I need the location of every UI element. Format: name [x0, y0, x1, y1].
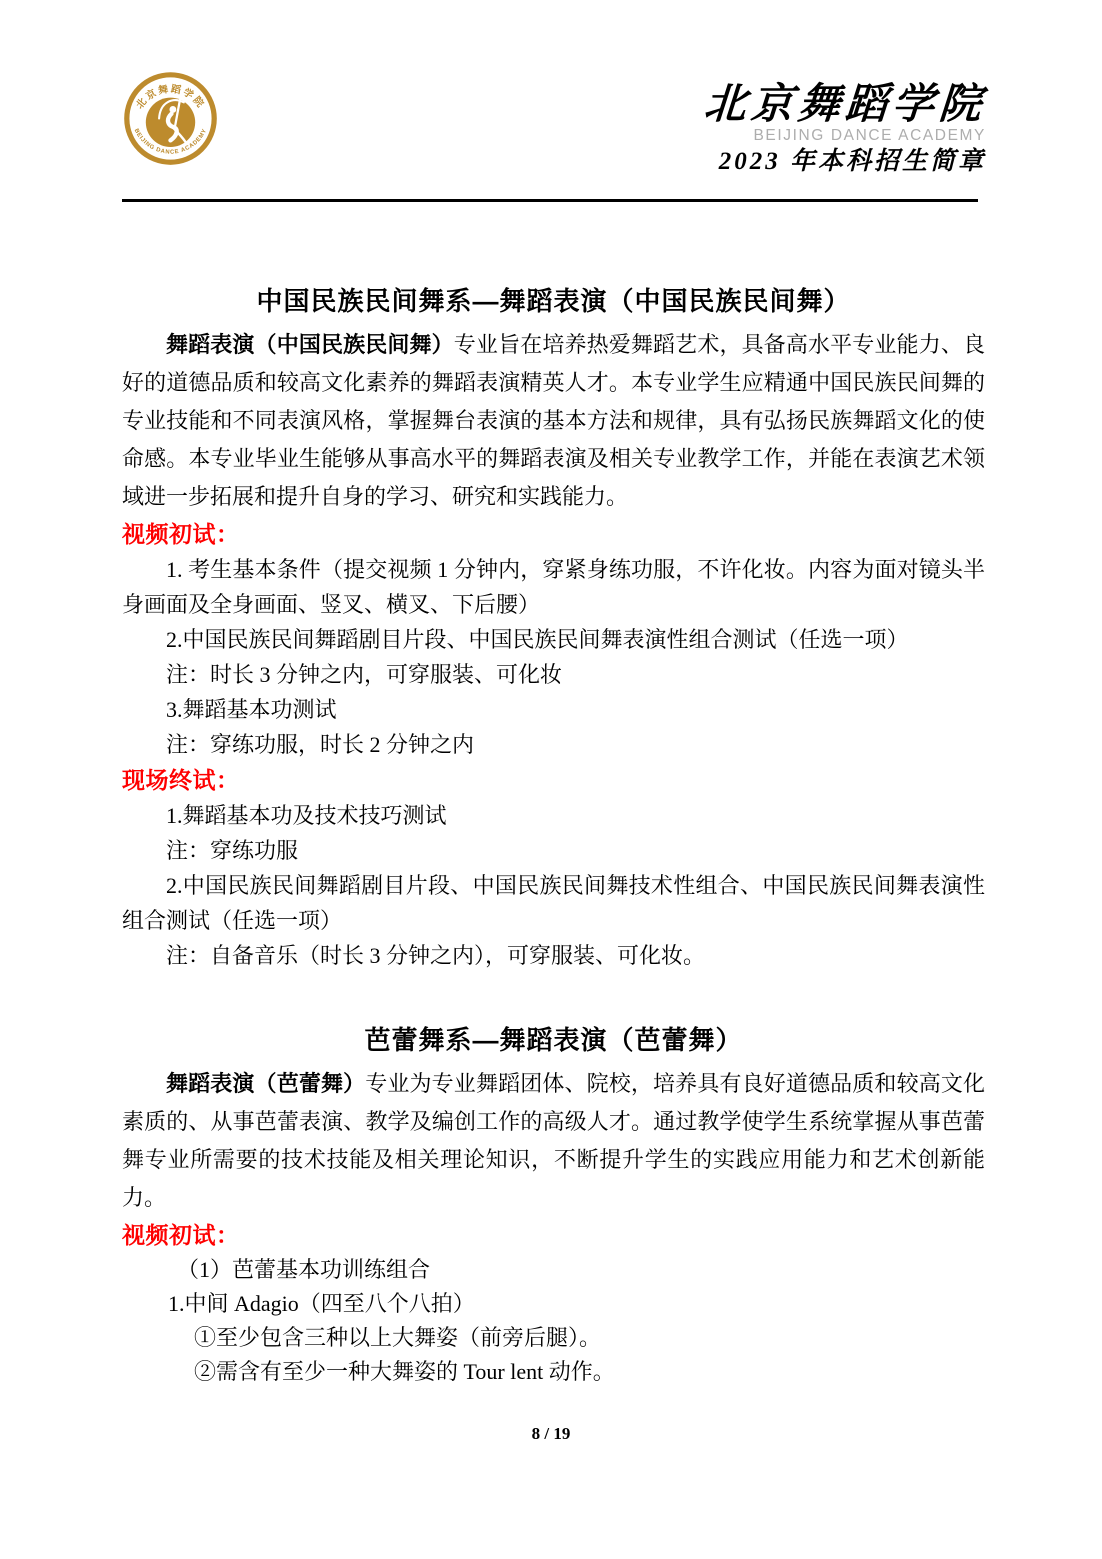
exam-item: 1.舞蹈基本功及技术技巧测试 — [122, 798, 985, 833]
document-content: 中国民族民间舞系—舞蹈表演（中国民族民间舞） 舞蹈表演（中国民族民间舞）专业旨在… — [122, 282, 985, 1389]
section1-intro: 舞蹈表演（中国民族民间舞）专业旨在培养热爱舞蹈艺术，具备高水平专业能力、良好的道… — [122, 326, 985, 516]
list-line: ①至少包含三种以上大舞姿（前旁后腿）。 — [122, 1321, 985, 1355]
video-first-test-heading-2: 视频初试： — [122, 1217, 985, 1253]
brand-subtitle: 2023 年本科招生简章 — [704, 149, 986, 174]
academy-seal-icon: 北京舞蹈学院 BEIJING DANCE ACADEMY — [123, 71, 218, 166]
page-number: 8 / 19 — [532, 1424, 571, 1443]
live-final-test-heading: 现场终试： — [122, 762, 985, 798]
brand-english-name: BEIJING DANCE ACADEMY — [704, 128, 986, 144]
exam-item: 1. 考生基本条件（提交视频 1 分钟内，穿紧身练功服，不许化妆。内容为面对镜头… — [122, 552, 985, 622]
exam-note: 注：时长 3 分钟之内，可穿服装、可化妆 — [122, 657, 985, 692]
exam-item: 2.中国民族民间舞蹈剧目片段、中国民族民间舞表演性组合测试（任选一项） — [122, 622, 985, 657]
video-first-test-heading-1: 视频初试： — [122, 516, 985, 552]
section1-intro-lead: 舞蹈表演（中国民族民间舞） — [166, 332, 454, 357]
header-rule — [122, 199, 978, 202]
brand-chinese-name: 北京舞蹈学院 — [703, 84, 988, 126]
brand-block: 北京舞蹈学院 BEIJING DANCE ACADEMY 2023 年本科招生简… — [704, 84, 986, 174]
section1-intro-rest: 专业旨在培养热爱舞蹈艺术，具备高水平专业能力、良好的道德品质和较高文化素养的舞蹈… — [122, 332, 985, 509]
page-header: 北京舞蹈学院 BEIJING DANCE ACADEMY 北京舞蹈学院 BEIJ… — [0, 0, 1102, 199]
page-footer: 8 / 19 — [0, 1424, 1102, 1444]
section2-intro: 舞蹈表演（芭蕾舞）专业为专业舞蹈团体、院校，培养具有良好道德品质和较高文化素质的… — [122, 1065, 985, 1217]
section2-title: 芭蕾舞系—舞蹈表演（芭蕾舞） — [122, 1021, 985, 1059]
list-line: 1.中间 Adagio（四至八个八拍） — [122, 1287, 985, 1321]
exam-note: 注：穿练功服，时长 2 分钟之内 — [122, 727, 985, 762]
section2-intro-lead: 舞蹈表演（芭蕾舞） — [166, 1071, 365, 1096]
page: 北京舞蹈学院 BEIJING DANCE ACADEMY 北京舞蹈学院 BEIJ… — [0, 0, 1102, 1559]
exam-item: 2.中国民族民间舞蹈剧目片段、中国民族民间舞技术性组合、中国民族民间舞表演性组合… — [122, 868, 985, 938]
list-line: （1）芭蕾基本功训练组合 — [122, 1253, 985, 1287]
exam-item: 3.舞蹈基本功测试 — [122, 692, 985, 727]
exam-note: 注：自备音乐（时长 3 分钟之内），可穿服装、可化妆。 — [122, 938, 985, 973]
list-line: ②需含有至少一种大舞姿的 Tour lent 动作。 — [122, 1355, 985, 1389]
section1-title: 中国民族民间舞系—舞蹈表演（中国民族民间舞） — [122, 282, 985, 320]
exam-note: 注：穿练功服 — [122, 833, 985, 868]
